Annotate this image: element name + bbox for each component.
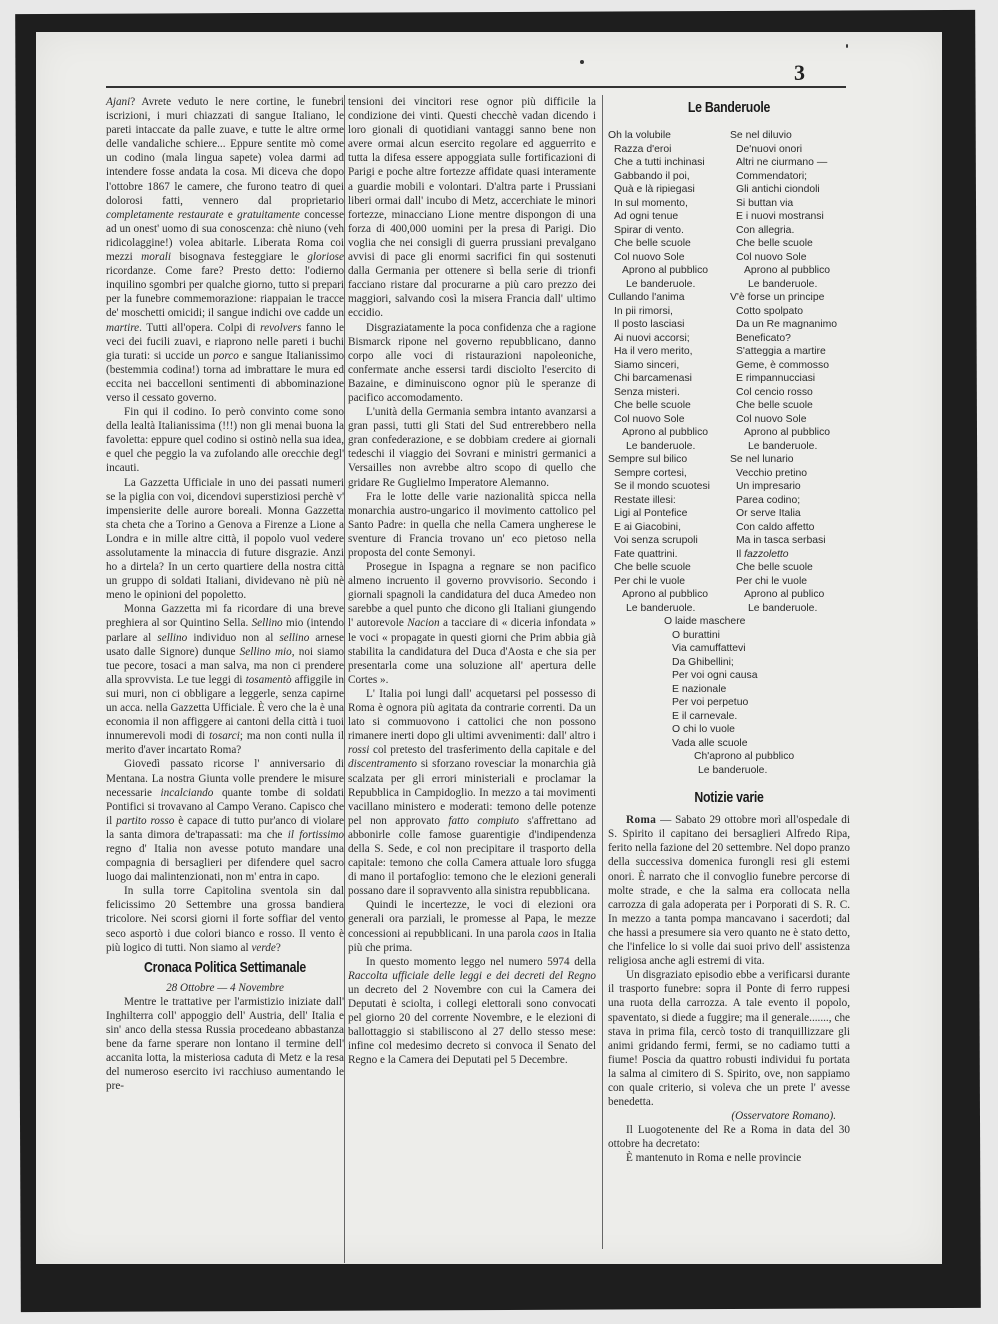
poem-line: E i nuovi mostransi [730,210,850,224]
poem-line: Da Ghibellini; [664,656,784,670]
poem-line: Le banderuole. [730,602,850,616]
poem-line: Con allegria. [730,224,850,238]
paragraph: Giovedì passato ricorse l' anniversario … [106,757,344,884]
poem-line: De'nuovi onori [730,143,850,157]
poem-line: E il carnevale. [664,710,784,724]
poem-line: Le banderuole. [608,602,728,616]
cronaca-title: Cronaca Politica Settimanale [127,961,322,975]
poem-line: Voi senza scrupoli [608,534,728,548]
poem-line: Da un Re magnanimo [730,318,850,332]
poem-line: Che belle scuole [730,237,850,251]
poem-line: O chi lo vuole [664,723,784,737]
poem-line: Restate illesi: [608,494,728,508]
paragraph: tensioni dei vincitori rese ognor più di… [348,95,596,321]
paragraph: L'unità della Germania sembra intanto av… [348,405,596,490]
poem-line: Fate quattrini. [608,548,728,562]
poem-line: Geme, è commosso [730,359,850,373]
poem-line: Aprono al pubblico [608,426,728,440]
poem-line: Sempre sul bilico [608,453,728,467]
paragraph: Quindi le incertezze, le voci di elezion… [348,898,596,954]
poem-body: Oh la volubileRazza d'eroiChe a tutti in… [608,129,850,777]
poem-line: Sempre cortesi, [608,467,728,481]
poem-line: Per voi ogni causa [664,669,784,683]
poem-line: Senza misteri. [608,386,728,400]
poem-line: Con caldo affetto [730,521,850,535]
poem-line: Commendatori; [730,170,850,184]
news-paragraph: Roma — Sabato 29 ottobre morì all'ospeda… [608,813,850,968]
poem-line: O laide maschere [664,615,784,629]
poem-line: Vada alle scuole [664,737,784,751]
poem-line: Beneficato? [730,332,850,346]
stanza-pair: Sempre sul bilicoSempre cortesi,Se il mo… [608,453,850,615]
poem-line: E nazionale [664,683,784,697]
paragraph: Fra le lotte delle varie nazionalità spi… [348,490,596,560]
poem-line: E rimpannucciasi [730,372,850,386]
poem-line: Siamo sinceri, [608,359,728,373]
poem-line: S'atteggia a martire [730,345,850,359]
poem-line: Le banderuole. [664,764,784,778]
stanza: Cullando l'animaIn pii rimorsi,Il posto … [608,291,728,453]
stanza: Se nel diluvioDe'nuovi onoriAltri ne ciu… [730,129,850,291]
poem-line: Che belle scuole [730,399,850,413]
paragraph: Disgraziatamente la poca confidenza che … [348,321,596,406]
column-divider [344,95,345,1263]
poem-line: Quà e là ripiegasi [608,183,728,197]
poem-line: Col nuovo Sole [608,413,728,427]
poem-line: In pii rimorsi, [608,305,728,319]
ink-speck [846,44,848,48]
cronaca-dateline: 28 Ottobre — 4 Novembre [106,981,344,995]
poem-line: Or serve Italia [730,507,850,521]
ink-speck [580,60,584,64]
runin-heading: Roma [626,814,656,826]
poem-line: Aprono al pubblico [730,264,850,278]
poem-line: Altri ne ciurmano — [730,156,850,170]
poem-line: Aprono al publico [730,588,850,602]
poem-line: Le banderuole. [608,278,728,292]
poem-line: Per chi le vuole [608,575,728,589]
paragraph: La Gazzetta Ufficiale in uno dei passati… [106,476,344,603]
paragraph: Monna Gazzetta mi fa ricordare di una br… [106,602,344,757]
paragraph: In sulla torre Capitolina sventola sin d… [106,884,344,954]
paragraph: Ajani? Avrete veduto le nere cortine, le… [106,95,344,405]
poem-line: Col nuovo Sole [730,251,850,265]
notizie-body: Roma — Sabato 29 ottobre morì all'ospeda… [608,813,850,1109]
poem-line: Per voi perpetuo [664,696,784,710]
paragraph: In questo momento leggo nel numero 5974 … [348,955,596,1068]
article-continuation: Ajani? Avrete veduto le nere cortine, le… [106,95,344,955]
poem-line: Vecchio pretino [730,467,850,481]
poem-line: V'è forse un principe [730,291,850,305]
poem-line: Col nuovo Sole [730,413,850,427]
stanza: Sempre sul bilicoSempre cortesi,Se il mo… [608,453,728,615]
poem-line: Le banderuole. [730,278,850,292]
poem-line: Che a tutti inchinasi [608,156,728,170]
news-paragraph: Un disgraziato episodio ebbe a verificar… [608,968,850,1109]
poem-line: Ma in tasca serbasi [730,534,850,548]
poem-line: Che belle scuole [608,399,728,413]
poem-line: Si buttan via [730,197,850,211]
poem-line: Ha il vero merito, [608,345,728,359]
news-paragraph: Il Luogotenente del Re a Roma in data de… [608,1123,850,1151]
poem-line: Le banderuole. [608,440,728,454]
poem-line: E ai Giacobini, [608,521,728,535]
notizie-title: Notizie varie [630,791,828,805]
column-middle: tensioni dei vincitori rese ognor più di… [348,95,596,1067]
poem-line: Via camuffattevi [664,642,784,656]
final-stanza: O laide maschereO burattiniVia camuffatt… [664,615,784,777]
poem-line: Parea codino; [730,494,850,508]
poem-line: Per chi le vuole [730,575,850,589]
poem-line: Gabbando il poi, [608,170,728,184]
stanza-pair: Oh la volubileRazza d'eroiChe a tutti in… [608,129,850,291]
poem-line: Che belle scuole [608,237,728,251]
poem-line: Ch'aprono al pubblico [664,750,784,764]
news-paragraph: È mantenuto in Roma e nelle provincie [608,1151,850,1165]
poem-line: Col nuovo Sole [608,251,728,265]
paragraph: L' Italia poi lungi dall' acquetarsi pel… [348,687,596,898]
poem-line: Oh la volubile [608,129,728,143]
poem-line: Che belle scuole [608,561,728,575]
poem-line: O burattini [664,629,784,643]
poem-title: Le Banderuole [630,101,828,115]
poem-line: Aprono al pubblico [608,588,728,602]
poem-line: Aprono al pubblico [730,426,850,440]
poem-line: Un impresario [730,480,850,494]
poem-line: Se nel diluvio [730,129,850,143]
stanza: Oh la volubileRazza d'eroiChe a tutti in… [608,129,728,291]
poem-line: Le banderuole. [730,440,850,454]
column-right: Le Banderuole Oh la volubileRazza d'eroi… [608,95,850,1166]
poem-line: Spirar di vento. [608,224,728,238]
poem-line: Aprono al pubblico [608,264,728,278]
notizie-decree: Il Luogotenente del Re a Roma in data de… [608,1123,850,1165]
poem-line: Ligi al Pontefice [608,507,728,521]
poem-line: In sul momento, [608,197,728,211]
poem-line: Cotto spolpato [730,305,850,319]
poem-line: Ad ogni tenue [608,210,728,224]
column-left: Ajani? Avrete veduto le nere cortine, le… [106,95,344,1094]
page-number: 3 [794,60,805,86]
stanza-pair: Cullando l'animaIn pii rimorsi,Il posto … [608,291,850,453]
header-rule [106,86,846,88]
poem-line: Razza d'eroi [608,143,728,157]
poem-line: Ai nuovi accorsi; [608,332,728,346]
poem-line: Gli antichi ciondoli [730,183,850,197]
paragraph: Prosegue in Ispagna a regnare se non pac… [348,560,596,687]
poem-line: Se nel lunario [730,453,850,467]
cronaca-continuation: tensioni dei vincitori rese ognor più di… [348,95,596,1067]
poem-line: Il posto lasciasi [608,318,728,332]
poem-line: Se il mondo scuotesi [608,480,728,494]
column-divider [602,95,603,1249]
attribution: (Osservatore Romano). [608,1109,850,1123]
poem-line: Che belle scuole [730,561,850,575]
poem-line: Chi barcamenasi [608,372,728,386]
cronaca-opening-paragraph: Mentre le trattative per l'armistizio in… [106,995,344,1094]
poem-line: Col cencio rosso [730,386,850,400]
poem-line: Il fazzoletto [730,548,850,562]
paragraph: Fin qui il codino. Io però convinto come… [106,405,344,475]
stanza: Se nel lunarioVecchio pretinoUn impresar… [730,453,850,615]
stanza: V'è forse un principeCotto spolpatoDa un… [730,291,850,453]
poem-line: Cullando l'anima [608,291,728,305]
